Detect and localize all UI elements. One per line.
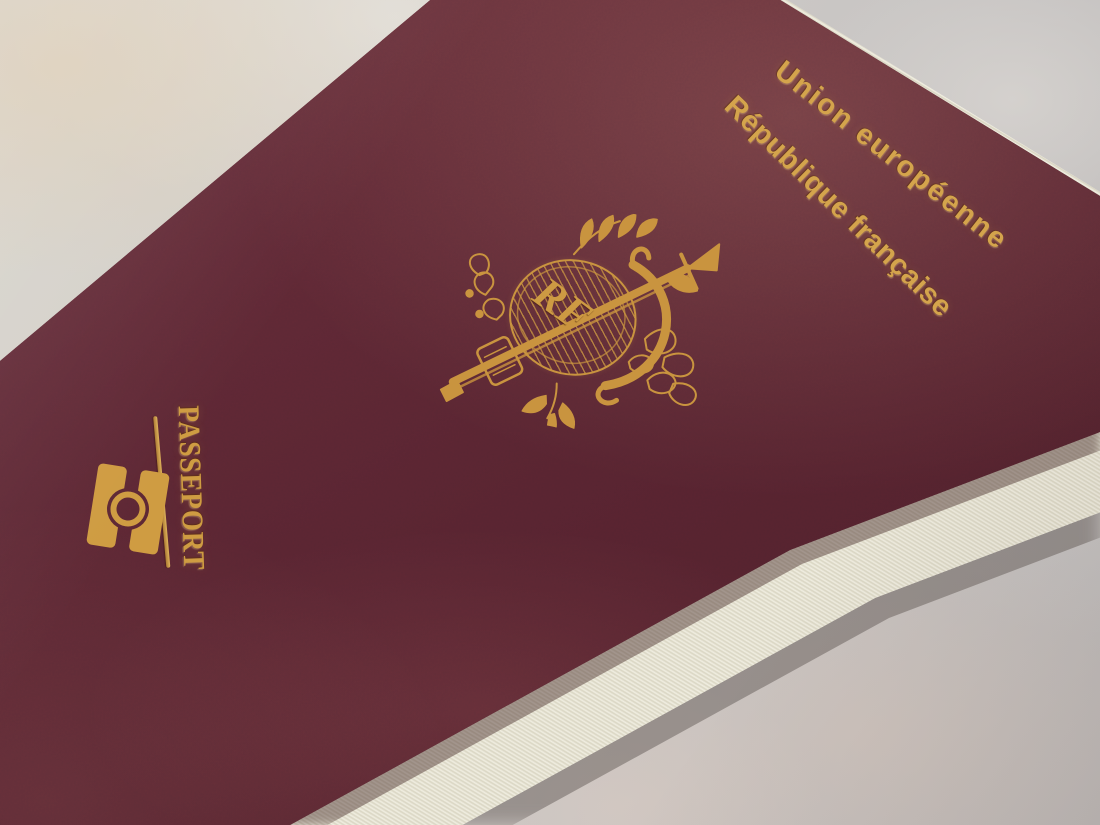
biometric-chip-icon [82,460,174,557]
passeport-title: PASSEPORT [171,405,211,571]
